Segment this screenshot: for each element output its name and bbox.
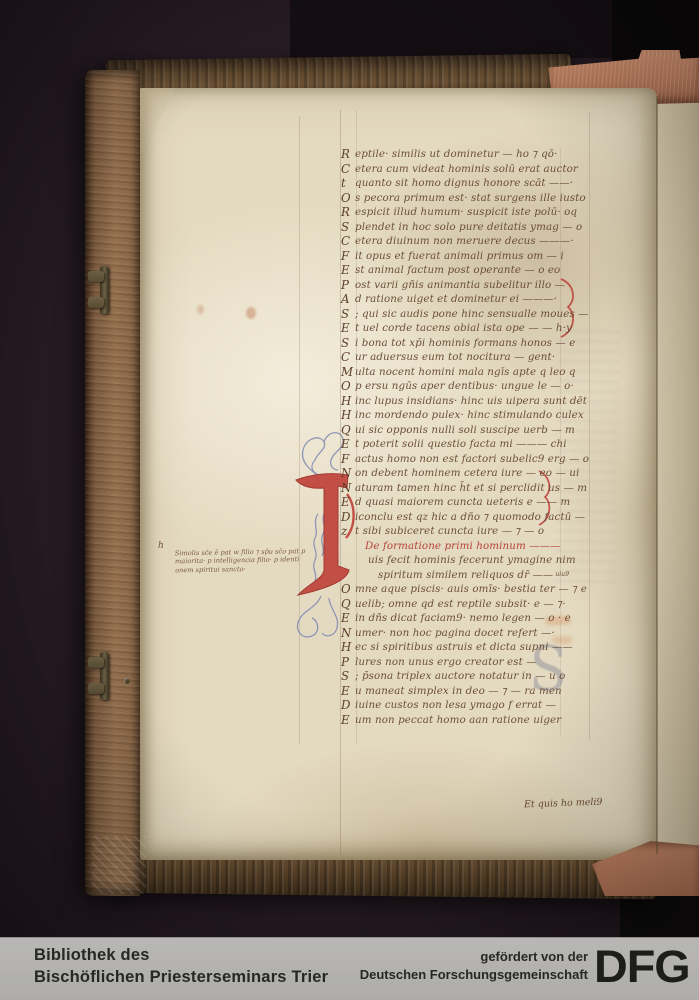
line-text: etera cum videat hominis solū erat aucto… [355,162,578,177]
line-initial: P [341,655,355,670]
manuscript-line: Et poterit solii questio facta mi ——— ch… [341,437,579,452]
manuscript-line: S; p̄sona triplex auctore notatur in — u… [341,669,579,684]
line-text: t uel corde tacens obial ista ope — — h·… [355,321,572,336]
manuscript-line: Est animal factum post operante — o eo [341,263,579,278]
line-text: mne aque piscis· auis omīs· bestia ter —… [355,582,587,597]
line-text: um non peccat homo aan ratione uiger [355,713,561,728]
manuscript-line: Os pecora primum est· stat surgens ille … [341,191,579,206]
line-text: espicit illud humum· suspicit iste polū·… [355,205,577,220]
underlying-page [657,95,699,855]
funding-credit: gefördert von der Deutschen Forschungsge… [330,948,588,983]
line-initial: S [341,220,355,235]
manuscript-line: Et uel corde tacens obial ista ope — — h… [341,321,579,336]
line-text: ec si spiritibus astruis et dicta supni … [355,640,573,655]
line-initial: R [341,205,355,220]
line-initial: E [341,611,355,626]
manuscript-line: Cetera cum videat hominis solū erat auct… [341,162,579,177]
manuscript-line: Numer· non hoc pagina docet refert —· [341,626,579,641]
ruling-line [589,112,590,740]
manuscript-line: Plures non unus ergo creator est — [341,655,579,670]
line-initial: Q [341,423,355,438]
manuscript-line: Ad ratione uiget et dominetur ei ———· [341,292,579,307]
line-initial: C [341,162,355,177]
line-text: spiritum similem reliquos dr̄ —— [378,568,553,583]
line-initial: M [341,365,355,380]
line-initial: D [341,698,355,713]
clasp-lug [88,271,104,282]
manuscript-line: Ein dñs dicat faciam9· nemo legen — o · … [341,611,579,626]
line-initial: E [341,684,355,699]
manuscript-line: Hec si spiritibus astruis et dicta supni… [341,640,579,655]
line-text: inc mordendo pulex· hinc stimulando cule… [355,408,584,423]
manuscript-line: Respicit illud humum· suspicit iste polū… [341,205,579,220]
line-initial: D [341,510,355,525]
line-initial: A [341,292,355,307]
line-text: st animal factum post operante — o eo [355,263,560,278]
manuscript-line: Splendet in hoc solo pure deitatis ymag … [341,220,579,235]
manuscript-line: zt sibi subiceret cuncta iure — ⁊ — o [341,524,579,539]
footer-banner: Bibliothek des Bischöflichen Priestersem… [0,937,699,1000]
line-initial: t [341,176,355,191]
manuscript-line: uis fecit hominis fecerunt ymagine nim [341,553,579,568]
interlinear-note: uiu9 [555,568,569,583]
line-text: s pecora primum est· stat surgens ille i… [355,191,586,206]
clasp-rivet [124,678,130,684]
parchment-stain [197,305,204,314]
line-initial: S [341,307,355,322]
line-text: inc lupus insidians· hinc uis uipera sun… [355,394,587,409]
line-text: aturam tamen hinc h̄t et si perclidit us… [355,481,587,496]
manuscript-line: tquanto sit homo dignus honore scāt ——· [341,176,579,191]
line-initial: N [341,466,355,481]
dfg-logo: DFG [594,941,690,993]
line-text: t poterit solii questio facta mi ——— chi [355,437,567,452]
manuscript-line: Cetera diuinum non meruere decus ———· [341,234,579,249]
line-text: d ratione uiget et dominetur ei ———· [355,292,557,307]
line-text: eptile· similis ut dominetur — ho ⁊ qō· [355,147,557,162]
line-text: i bona tot xp̄i hominis formans honos — … [355,336,575,351]
manuscript-line: Post varii gñis animantia subelitur illo… [341,278,579,293]
manuscript-text-lines: Reptile· similis ut dominetur — ho ⁊ qō·… [341,147,579,727]
line-text: actus homo non est factori subelic9 erg … [355,452,589,467]
line-text: t sibi subiceret cuncta iure — ⁊ — o [355,524,544,539]
manuscript-line: Si bona tot xp̄i hominis formans honos —… [341,336,579,351]
manuscript-line: Qui sic opponis nulli soli suscipe uerb … [341,423,579,438]
manuscript-line: Factus homo non est factori subelic9 erg… [341,452,579,467]
library-name: Bibliothek des Bischöflichen Priestersem… [34,945,328,988]
manuscript-line: Quelib; omne qd est reptile subsit· e — … [341,597,579,612]
manuscript-line: Non debent hominem cetera iure — eo — ui [341,466,579,481]
binding-corner-bottom-left [92,836,146,894]
manuscript-line: Omne aque piscis· auis omīs· bestia ter … [341,582,579,597]
line-text: in dñs dicat faciam9· nemo legen — o · e [355,611,571,626]
manuscript-line: Eu maneat simplex in deo — ⁊ — ra men [341,684,579,699]
line-initial: H [341,394,355,409]
manuscript-line: spiritum similem reliquos dr̄ ——uiu9 [341,568,579,583]
line-initial: O [341,582,355,597]
manuscript-line: Ed quasi maiorem cuncta ueteris e —— m [341,495,579,510]
line-text: iconclu est qz hic a dño ⁊ quomodo factū… [355,510,585,525]
line-text: ost varii gñis animantia subelitur illo … [355,278,565,293]
line-text: d quasi maiorem cuncta ueteris e —— m [355,495,570,510]
line-text: uelib; omne qd est reptile subsit· e — ⁊… [355,597,566,612]
line-text: ; p̄sona triplex auctore notatur in — u … [355,669,565,684]
line-text: ur aduersus eum tot nocitura — gent· [355,350,555,365]
manuscript-line: Diuine custos non lesa ymago f errat — [341,698,579,713]
line-initial: E [341,495,355,510]
line-initial: S [341,336,355,351]
line-text: De formatione primi hominum ——— [365,539,560,554]
clasp-lug [88,683,104,694]
manuscript-line: Cur aduersus eum tot nocitura — gent· [341,350,579,365]
line-text: on debent hominem cetera iure — eo — ui [355,466,579,481]
clasp-lug [88,657,104,668]
funding-credit-line1: gefördert von der [330,948,588,966]
line-text: plendet in hoc solo pure deitatis ymag —… [355,220,582,235]
line-text: u maneat simplex in deo — ⁊ — ra men [355,684,562,699]
manuscript-line: S; qui sic audis pone hinc sensualle mou… [341,307,579,322]
line-initial: R [341,147,355,162]
line-initial: F [341,452,355,467]
line-initial: N [341,481,355,496]
line-text: uis fecit hominis fecerunt ymagine nim [368,553,576,568]
clasp-fitting-bottom [88,652,115,700]
manuscript-line: Reptile· similis ut dominetur — ho ⁊ qō· [341,147,579,162]
manuscript-line: Diconclu est qz hic a dño ⁊ quomodo fact… [341,510,579,525]
line-initial: C [341,234,355,249]
manuscript-line: Fit opus et fuerat animali primus om — i [341,249,579,264]
line-initial: E [341,713,355,728]
line-initial: E [341,263,355,278]
manuscript-line: Hinc lupus insidians· hinc uis uipera su… [341,394,579,409]
library-name-line1: Bibliothek des [34,945,328,967]
page-fold-line [656,96,658,854]
line-text: etera diuinum non meruere decus ———· [355,234,574,249]
line-initial: Q [341,597,355,612]
line-initial: N [341,626,355,641]
line-text: lures non unus ergo creator est — [355,655,537,670]
parchment-stain [246,307,256,319]
line-text: ; qui sic audis pone hinc sensualle moue… [355,307,589,322]
line-text: it opus et fuerat animali primus om — i [355,249,564,264]
line-initial: C [341,350,355,365]
funding-credit-line2: Deutschen Forschungsgemeinschaft [330,966,588,984]
line-initial: E [341,321,355,336]
line-text: ulta nocent homini mala ngīs apte q leo … [355,365,576,380]
line-text: ui sic opponis nulli soli suscipe uerb —… [355,423,575,438]
manuscript-line: Eum non peccat homo aan ratione uiger [341,713,579,728]
line-text: quanto sit homo dignus honore scāt ——· [355,176,573,191]
line-initial: O [341,379,355,394]
manuscript-line: Naturam tamen hinc h̄t et si perclidit u… [341,481,579,496]
marginal-gloss: Simolis sc̄e ē pat w filio ⁊ sp̄u sc̄o p… [175,547,327,575]
gloss-reference-mark: h [158,541,164,551]
binding-left-board [85,70,140,896]
rubric-line: De formatione primi hominum ——— [341,539,579,554]
line-initial: H [341,640,355,655]
clasp-fitting-top [88,266,115,314]
line-initial: H [341,408,355,423]
line-text: p ersu ngūs aper dentibus· ungue le — o· [355,379,574,394]
manuscript-line: Multa nocent homini mala ngīs apte q leo… [341,365,579,380]
clasp-lug [88,297,104,308]
line-initial: P [341,278,355,293]
manuscript-line: Hinc mordendo pulex· hinc stimulando cul… [341,408,579,423]
manuscript-line: Op ersu ngūs aper dentibus· ungue le — o… [341,379,579,394]
line-initial: z [341,524,355,539]
line-text: umer· non hoc pagina docet refert —· [355,626,555,641]
library-name-line2: Bischöflichen Priesterseminars Trier [34,967,328,989]
digitized-manuscript-viewer: S Reptile· similis ut dominetur — ho ⁊ q… [0,0,699,1000]
line-initial: E [341,437,355,452]
line-initial: O [341,191,355,206]
line-text: iuine custos non lesa ymago f errat — [355,698,556,713]
line-initial: S [341,669,355,684]
line-initial: F [341,249,355,264]
